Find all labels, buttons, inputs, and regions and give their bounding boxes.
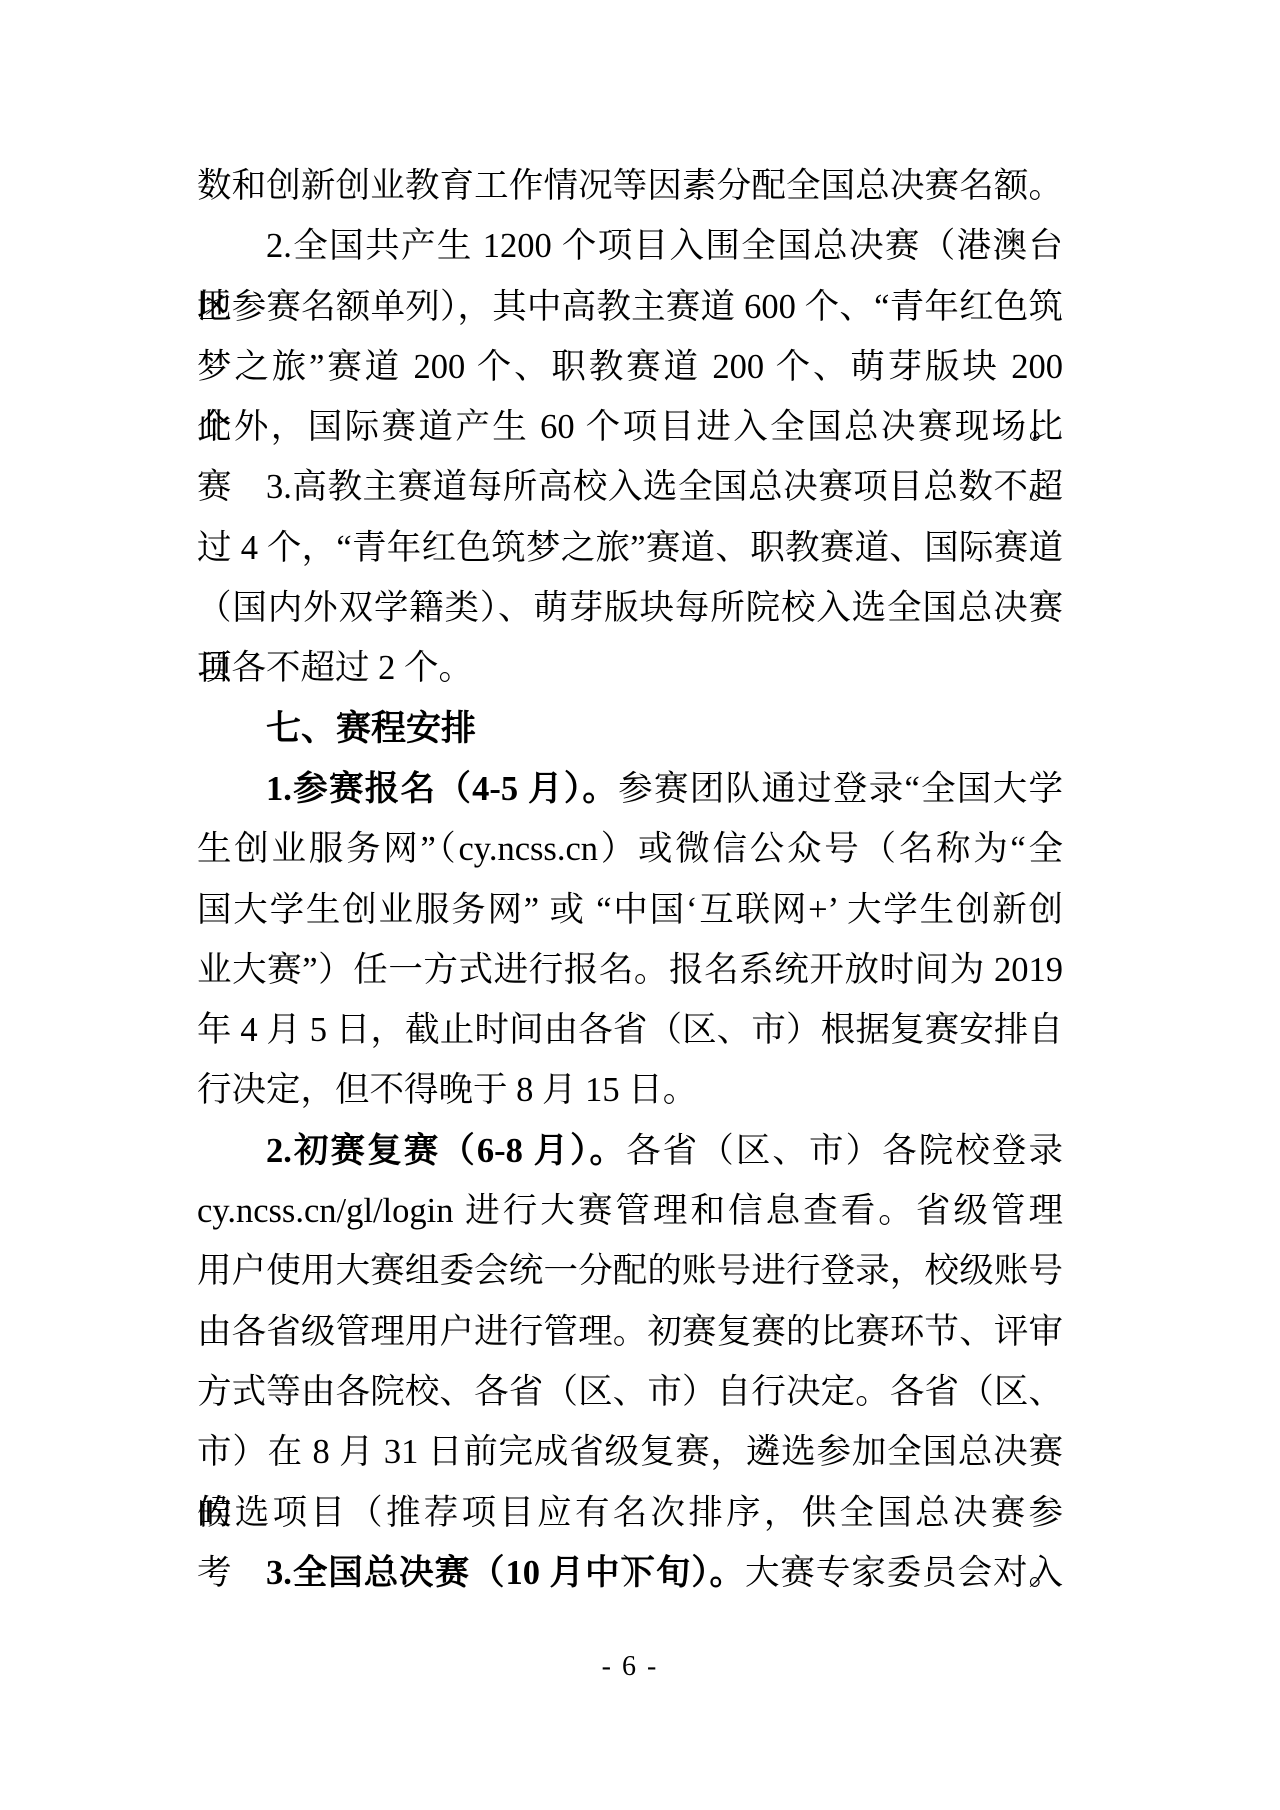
text-line: 2.全国共产生 1200 个项目入围全国总决赛（港澳台地 [197, 216, 1063, 276]
section-heading: 七、赛程安排 [197, 699, 1063, 759]
text-run: 生创业服务网”（cy.ncss.cn）或微信公众号（名称为“全 [197, 830, 1063, 868]
text-run: 3.高教主赛道每所高校入选全国总决赛项目总数不超 [266, 468, 1063, 506]
text-line: 区参赛名额单列），其中高教主赛道 600 个、“青年红色筑 [197, 277, 1063, 337]
text-line: 1.参赛报名（4-5 月）。参赛团队通过登录“全国大学 [197, 759, 1063, 819]
text-line: 此外，国际赛道产生 60 个项目进入全国总决赛现场比赛。 [197, 397, 1063, 457]
text-run: 由各省级管理用户进行管理。初赛复赛的比赛环节、评审 [197, 1313, 1063, 1351]
text-run: 目各不超过 2 个。 [197, 649, 473, 687]
text-run: 区参赛名额单列），其中高教主赛道 600 个、“青年红色筑 [197, 288, 1063, 326]
bold-text-run: 3.全国总决赛（10 月中下旬）。 [266, 1554, 745, 1592]
bold-text-run: 1.参赛报名（4-5 月）。 [266, 770, 618, 808]
text-line: 过 4 个，“青年红色筑梦之旅”赛道、职教赛道、国际赛道 [197, 518, 1063, 578]
text-line: 目各不超过 2 个。 [197, 638, 1063, 698]
text-line: 由各省级管理用户进行管理。初赛复赛的比赛环节、评审 [197, 1302, 1063, 1362]
text-line: （国内外双学籍类）、萌芽版块每所院校入选全国总决赛项 [197, 578, 1063, 638]
text-line: 候选项目（推荐项目应有名次排序，供全国总决赛参考）。 [197, 1483, 1063, 1543]
text-line: 3.全国总决赛（10 月中下旬）。大赛专家委员会对入 [197, 1543, 1063, 1603]
text-line: 生创业服务网”（cy.ncss.cn）或微信公众号（名称为“全 [197, 819, 1063, 879]
text-run: 方式等由各院校、各省（区、市）自行决定。各省（区、 [197, 1373, 1063, 1411]
text-run: 参赛团队通过登录“全国大学 [618, 770, 1063, 808]
document-body: 数和创新创业教育工作情况等因素分配全国总决赛名额。2.全国共产生 1200 个项… [197, 156, 1063, 1603]
text-run: 大赛专家委员会对入 [745, 1554, 1063, 1592]
text-run: 数和创新创业教育工作情况等因素分配全国总决赛名额。 [197, 167, 1063, 205]
text-line: cy.ncss.cn/gl/login 进行大赛管理和信息查看。省级管理 [197, 1181, 1063, 1241]
text-line: 业大赛”）任一方式进行报名。报名系统开放时间为 2019 [197, 940, 1063, 1000]
text-line: 方式等由各院校、各省（区、市）自行决定。各省（区、 [197, 1362, 1063, 1422]
text-run: 用户使用大赛组委会统一分配的账号进行登录，校级账号 [197, 1252, 1063, 1290]
text-run: 行决定，但不得晚于 8 月 15 日。 [197, 1071, 697, 1109]
bold-text-run: 2.初赛复赛（6-8 月）。 [266, 1132, 626, 1170]
text-run: 国大学生创业服务网” 或 “中国‘互联网+’ 大学生创新创 [197, 891, 1063, 929]
text-run: 业大赛”）任一方式进行报名。报名系统开放时间为 2019 [197, 951, 1063, 989]
text-line: 用户使用大赛组委会统一分配的账号进行登录，校级账号 [197, 1241, 1063, 1301]
text-line: 3.高教主赛道每所高校入选全国总决赛项目总数不超 [197, 457, 1063, 517]
text-line: 2.初赛复赛（6-8 月）。各省（区、市）各院校登录 [197, 1121, 1063, 1181]
text-line: 市）在 8 月 31 日前完成省级复赛，遴选参加全国总决赛的 [197, 1422, 1063, 1482]
text-line: 数和创新创业教育工作情况等因素分配全国总决赛名额。 [197, 156, 1063, 216]
text-line: 国大学生创业服务网” 或 “中国‘互联网+’ 大学生创新创 [197, 880, 1063, 940]
text-run: 过 4 个，“青年红色筑梦之旅”赛道、职教赛道、国际赛道 [197, 529, 1063, 567]
text-run: 各省（区、市）各院校登录 [626, 1132, 1063, 1170]
page-number: - 6 - [197, 1650, 1063, 1684]
text-run: 年 4 月 5 日，截止时间由各省（区、市）根据复赛安排自 [197, 1011, 1063, 1049]
text-run: cy.ncss.cn/gl/login 进行大赛管理和信息查看。省级管理 [197, 1192, 1063, 1230]
text-line: 行决定，但不得晚于 8 月 15 日。 [197, 1060, 1063, 1120]
text-line: 梦之旅”赛道 200 个、职教赛道 200 个、萌芽版块 200 个。 [197, 337, 1063, 397]
text-line: 年 4 月 5 日，截止时间由各省（区、市）根据复赛安排自 [197, 1000, 1063, 1060]
bold-text-run: 七、赛程安排 [266, 709, 476, 748]
document-page: 数和创新创业教育工作情况等因素分配全国总决赛名额。2.全国共产生 1200 个项… [0, 0, 1280, 1810]
